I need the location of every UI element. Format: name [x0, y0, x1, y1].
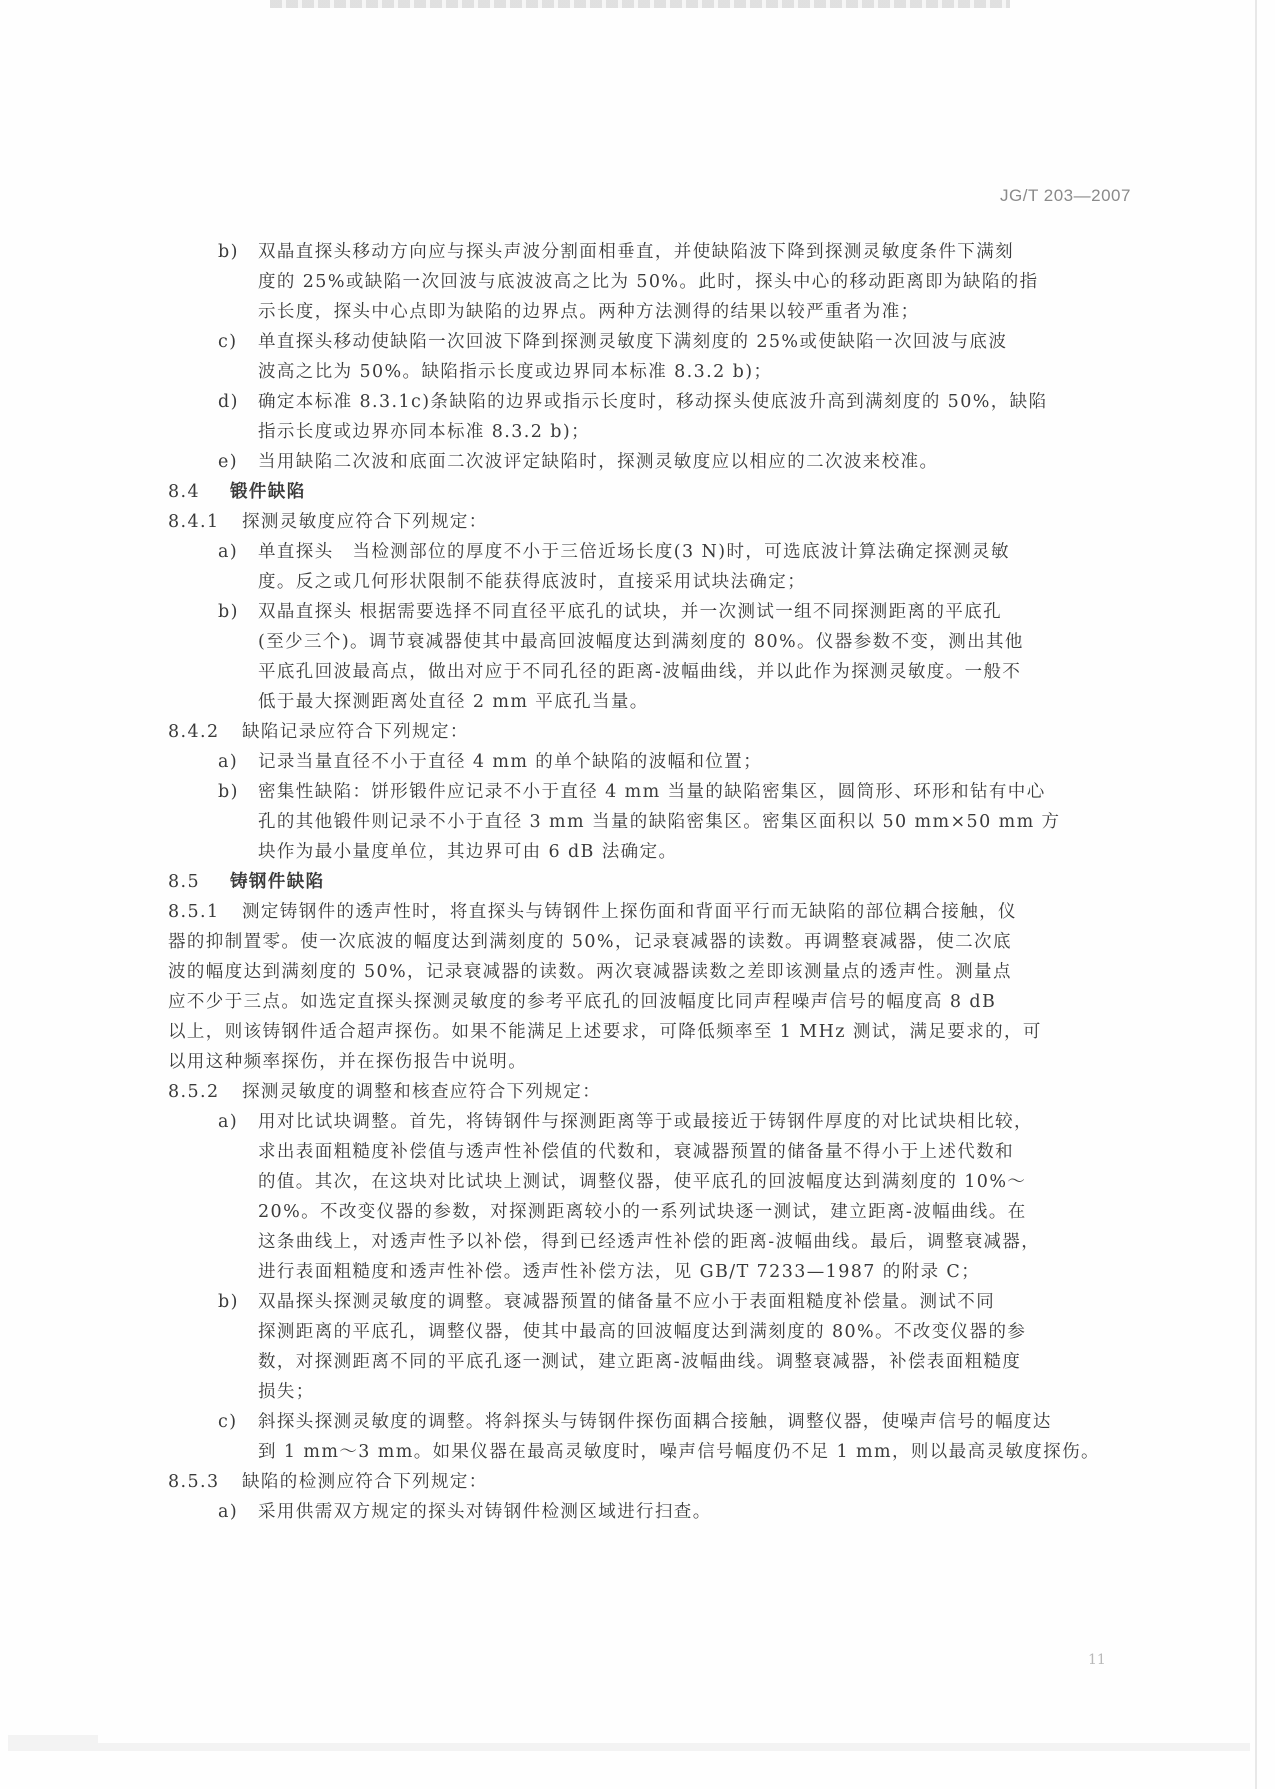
list-text: 示长度，探头中心点即为缺陷的边界点。两种方法测得的结果以较严重者为准； — [258, 302, 920, 322]
clause-text: 探测灵敏度的调整和核查应符合下列规定： — [242, 1082, 601, 1102]
list-item-continuation: 到 1 mm～3 mm。如果仪器在最高灵敏度时，噪声信号幅度仍不足 1 mm，则… — [168, 1438, 1158, 1468]
list-text: 当用缺陷二次波和底面二次波评定缺陷时，探测灵敏度应以相应的二次波来校准。 — [258, 452, 938, 472]
list-item-b: b)双晶探头探测灵敏度的调整。衰减器预置的储备量不应小于表面粗糙度补偿量。测试不… — [168, 1288, 1158, 1318]
list-label: d) — [218, 388, 239, 416]
document-body: b)双晶直探头移动方向应与探头声波分割面相垂直，并使缺陷波下降到探测灵敏度条件下… — [168, 238, 1158, 1528]
clause-8-4-1: 8.4.1探测灵敏度应符合下列规定： — [168, 508, 1158, 538]
paragraph-text: 以上，则该铸钢件适合超声探伤。如果不能满足上述要求，可降低频率至 1 MHz 测… — [168, 1022, 1042, 1042]
section-title: 锻件缺陷 — [230, 482, 306, 502]
paragraph-text: 器的抑制置零。使一次底波的幅度达到满刻度的 50%，记录衰减器的读数。再调整衰减… — [168, 932, 1012, 952]
list-text: 块作为最小量度单位，其边界可由 6 dB 法确定。 — [258, 842, 677, 862]
list-item-b: b)双晶直探头移动方向应与探头声波分割面相垂直，并使缺陷波下降到探测灵敏度条件下… — [168, 238, 1158, 268]
list-text: 确定本标准 8.3.1c)条缺陷的边界或指示长度时，移动探头使底波升高到满刻度的… — [258, 392, 1047, 412]
list-text: 20%。不改变仪器的参数，对探测距离较小的一系列试块逐一测试，建立距离-波幅曲线… — [258, 1202, 1027, 1222]
list-item-c: c)单直探头移动使缺陷一次回波下降到探测灵敏度下满刻度的 25%或使缺陷一次回波… — [168, 328, 1158, 358]
paragraph-line: 应不少于三点。如选定直探头探测灵敏度的参考平底孔的回波幅度比同声程噪声信号的幅度… — [168, 988, 1158, 1018]
page-number: 11 — [1088, 1652, 1106, 1668]
list-text: 双晶直探头移动方向应与探头声波分割面相垂直，并使缺陷波下降到探测灵敏度条件下满刻 — [258, 242, 1014, 262]
list-item-continuation: 度的 25%或缺陷一次回波与底波波高之比为 50%。此时，探头中心的移动距离即为… — [168, 268, 1158, 298]
clause-8-4-2: 8.4.2缺陷记录应符合下列规定： — [168, 718, 1158, 748]
clause-8-5-3: 8.5.3缺陷的检测应符合下列规定： — [168, 1468, 1158, 1498]
section-number: 8.4 — [168, 478, 230, 506]
paragraph-line: 以用这种频率探伤，并在探伤报告中说明。 — [168, 1048, 1158, 1078]
clause-8-5-2: 8.5.2探测灵敏度的调整和核查应符合下列规定： — [168, 1078, 1158, 1108]
list-label: e) — [218, 448, 238, 476]
list-item-continuation: 数，对探测距离不同的平底孔逐一测试，建立距离-波幅曲线。调整衰减器，补偿表面粗糙… — [168, 1348, 1158, 1378]
list-item-continuation: 损失； — [168, 1378, 1158, 1408]
list-item-continuation: 探测距离的平底孔，调整仪器，使其中最高的回波幅度达到满刻度的 80%。不改变仪器… — [168, 1318, 1158, 1348]
clause-text: 缺陷记录应符合下列规定： — [242, 722, 469, 742]
list-item-continuation: 示长度，探头中心点即为缺陷的边界点。两种方法测得的结果以较严重者为准； — [168, 298, 1158, 328]
list-text: 密集性缺陷：饼形锻件应记录不小于直径 4 mm 当量的缺陷密集区，圆筒形、环形和… — [258, 782, 1046, 802]
list-text: (至少三个)。调节衰减器使其中最高回波幅度达到满刻度的 80%。仪器参数不变，测… — [258, 632, 1024, 652]
list-text: 度的 25%或缺陷一次回波与底波波高之比为 50%。此时，探头中心的移动距离即为… — [258, 272, 1039, 292]
list-label: a) — [218, 538, 238, 566]
list-label: a) — [218, 1108, 238, 1136]
list-label: c) — [218, 328, 237, 356]
section-heading-8-4: 8.4锻件缺陷 — [168, 478, 1158, 508]
clause-text: 缺陷的检测应符合下列规定： — [242, 1472, 488, 1492]
list-item-a: a)单直探头 当检测部位的厚度不小于三倍近场长度(3 N)时，可选底波计算法确定… — [168, 538, 1158, 568]
list-text: 双晶探头探测灵敏度的调整。衰减器预置的储备量不应小于表面粗糙度补偿量。测试不同 — [258, 1292, 995, 1312]
list-text: 单直探头 当检测部位的厚度不小于三倍近场长度(3 N)时，可选底波计算法确定探测… — [258, 542, 1010, 562]
list-item-continuation: (至少三个)。调节衰减器使其中最高回波幅度达到满刻度的 80%。仪器参数不变，测… — [168, 628, 1158, 658]
list-label: a) — [218, 748, 238, 776]
list-label: b) — [218, 238, 239, 266]
list-label: c) — [218, 1408, 237, 1436]
list-text: 单直探头移动使缺陷一次回波下降到探测灵敏度下满刻度的 25%或使缺陷一次回波与底… — [258, 332, 1007, 352]
list-item-a: a)用对比试块调整。首先，将铸钢件与探测距离等于或最接近于铸钢件厚度的对比试块相… — [168, 1108, 1158, 1138]
list-item-e: e)当用缺陷二次波和底面二次波评定缺陷时，探测灵敏度应以相应的二次波来校准。 — [168, 448, 1158, 478]
page-edge — [1255, 0, 1257, 1789]
list-text: 损失； — [258, 1382, 315, 1402]
list-text: 双晶直探头 根据需要选择不同直径平底孔的试块，并一次测试一组不同探测距离的平底孔 — [258, 602, 1002, 622]
list-text: 采用供需双方规定的探头对铸钢件检测区域进行扫查。 — [258, 1502, 712, 1522]
list-item-continuation: 低于最大探测距离处直径 2 mm 平底孔当量。 — [168, 688, 1158, 718]
list-text: 度。反之或几何形状限制不能获得底波时，直接采用试块法确定； — [258, 572, 806, 592]
scan-artifact — [70, 1743, 1250, 1751]
list-text: 用对比试块调整。首先，将铸钢件与探测距离等于或最接近于铸钢件厚度的对比试块相比较… — [258, 1112, 1033, 1132]
list-item-b: b)密集性缺陷：饼形锻件应记录不小于直径 4 mm 当量的缺陷密集区，圆筒形、环… — [168, 778, 1158, 808]
list-item-continuation: 进行表面粗糙度和透声性补偿。透声性补偿方法，见 GB/T 7233—1987 的… — [168, 1258, 1158, 1288]
list-text: 记录当量直径不小于直径 4 mm 的单个缺陷的波幅和位置； — [258, 752, 762, 772]
clause-number: 8.4.2 — [168, 718, 242, 746]
list-item-continuation: 孔的其他锻件则记录不小于直径 3 mm 当量的缺陷密集区。密集区面积以 50 m… — [168, 808, 1158, 838]
list-text: 斜探头探测灵敏度的调整。将斜探头与铸钢件探伤面耦合接触，调整仪器，使噪声信号的幅… — [258, 1412, 1052, 1432]
list-item-continuation: 20%。不改变仪器的参数，对探测距离较小的一系列试块逐一测试，建立距离-波幅曲线… — [168, 1198, 1158, 1228]
section-title: 铸钢件缺陷 — [230, 872, 325, 892]
list-text: 的值。其次，在这块对比试块上测试，调整仪器，使平底孔的回波幅度达到满刻度的 10… — [258, 1172, 1026, 1192]
list-item-a: a)采用供需双方规定的探头对铸钢件检测区域进行扫查。 — [168, 1498, 1158, 1528]
clause-number: 8.5.2 — [168, 1078, 242, 1106]
list-text: 数，对探测距离不同的平底孔逐一测试，建立距离-波幅曲线。调整衰减器，补偿表面粗糙… — [258, 1352, 1021, 1372]
list-text: 进行表面粗糙度和透声性补偿。透声性补偿方法，见 GB/T 7233—1987 的… — [258, 1262, 980, 1282]
section-number: 8.5 — [168, 868, 230, 896]
paragraph-line: 以上，则该铸钢件适合超声探伤。如果不能满足上述要求，可降低频率至 1 MHz 测… — [168, 1018, 1158, 1048]
paragraph-line: 器的抑制置零。使一次底波的幅度达到满刻度的 50%，记录衰减器的读数。再调整衰减… — [168, 928, 1158, 958]
clause-number: 8.5.3 — [168, 1468, 242, 1496]
list-item-c: c)斜探头探测灵敏度的调整。将斜探头与铸钢件探伤面耦合接触，调整仪器，使噪声信号… — [168, 1408, 1158, 1438]
paragraph-text: 应不少于三点。如选定直探头探测灵敏度的参考平底孔的回波幅度比同声程噪声信号的幅度… — [168, 992, 996, 1012]
section-heading-8-5: 8.5铸钢件缺陷 — [168, 868, 1158, 898]
list-label: b) — [218, 778, 239, 806]
list-text: 波高之比为 50%。缺陷指示长度或边界同本标准 8.3.2 b)； — [258, 362, 772, 382]
list-item-continuation: 度。反之或几何形状限制不能获得底波时，直接采用试块法确定； — [168, 568, 1158, 598]
list-item-continuation: 这条曲线上，对透声性予以补偿，得到已经透声性补偿的距离-波幅曲线。最后，调整衰减… — [168, 1228, 1158, 1258]
clause-8-5-1: 8.5.1测定铸钢件的透声性时，将直探头与铸钢件上探伤面和背面平行而无缺陷的部位… — [168, 898, 1158, 928]
paragraph-line: 波的幅度达到满刻度的 50%，记录衰减器的读数。两次衰减器读数之差即该测量点的透… — [168, 958, 1158, 988]
list-item-continuation: 平底孔回波最高点，做出对应于不同孔径的距离-波幅曲线，并以此作为探测灵敏度。一般… — [168, 658, 1158, 688]
list-text: 低于最大探测距离处直径 2 mm 平底孔当量。 — [258, 692, 649, 712]
list-item-continuation: 波高之比为 50%。缺陷指示长度或边界同本标准 8.3.2 b)； — [168, 358, 1158, 388]
list-text: 平底孔回波最高点，做出对应于不同孔径的距离-波幅曲线，并以此作为探测灵敏度。一般… — [258, 662, 1021, 682]
clause-text: 探测灵敏度应符合下列规定： — [242, 512, 488, 532]
clause-number: 8.4.1 — [168, 508, 242, 536]
paragraph-text: 波的幅度达到满刻度的 50%，记录衰减器的读数。两次衰减器读数之差即该测量点的透… — [168, 962, 1012, 982]
list-item-continuation: 指示长度或边界亦同本标准 8.3.2 b)； — [168, 418, 1158, 448]
clause-number: 8.5.1 — [168, 898, 242, 926]
list-label: b) — [218, 598, 239, 626]
list-item-a: a)记录当量直径不小于直径 4 mm 的单个缺陷的波幅和位置； — [168, 748, 1158, 778]
list-text: 到 1 mm～3 mm。如果仪器在最高灵敏度时，噪声信号幅度仍不足 1 mm，则… — [258, 1442, 1100, 1462]
list-text: 指示长度或边界亦同本标准 8.3.2 b)； — [258, 422, 590, 442]
previous-page-bleed — [270, 0, 1010, 8]
standard-number-header: JG/T 203—2007 — [1000, 186, 1131, 206]
list-item-b: b)双晶直探头 根据需要选择不同直径平底孔的试块，并一次测试一组不同探测距离的平… — [168, 598, 1158, 628]
list-item-continuation: 求出表面粗糙度补偿值与透声性补偿值的代数和，衰减器预置的储备量不得小于上述代数和 — [168, 1138, 1158, 1168]
clause-text: 测定铸钢件的透声性时，将直探头与铸钢件上探伤面和背面平行而无缺陷的部位耦合接触，… — [242, 902, 1017, 922]
list-item-continuation: 块作为最小量度单位，其边界可由 6 dB 法确定。 — [168, 838, 1158, 868]
list-label: a) — [218, 1498, 238, 1526]
list-text: 求出表面粗糙度补偿值与透声性补偿值的代数和，衰减器预置的储备量不得小于上述代数和 — [258, 1142, 1014, 1162]
list-text: 这条曲线上，对透声性予以补偿，得到已经透声性补偿的距离-波幅曲线。最后，调整衰减… — [258, 1232, 1040, 1252]
paragraph-text: 以用这种频率探伤，并在探伤报告中说明。 — [168, 1052, 527, 1072]
list-text: 孔的其他锻件则记录不小于直径 3 mm 当量的缺陷密集区。密集区面积以 50 m… — [258, 812, 1060, 832]
list-item-d: d)确定本标准 8.3.1c)条缺陷的边界或指示长度时，移动探头使底波升高到满刻… — [168, 388, 1158, 418]
list-label: b) — [218, 1288, 239, 1316]
list-text: 探测距离的平底孔，调整仪器，使其中最高的回波幅度达到满刻度的 80%。不改变仪器… — [258, 1322, 1026, 1342]
list-item-continuation: 的值。其次，在这块对比试块上测试，调整仪器，使平底孔的回波幅度达到满刻度的 10… — [168, 1168, 1158, 1198]
